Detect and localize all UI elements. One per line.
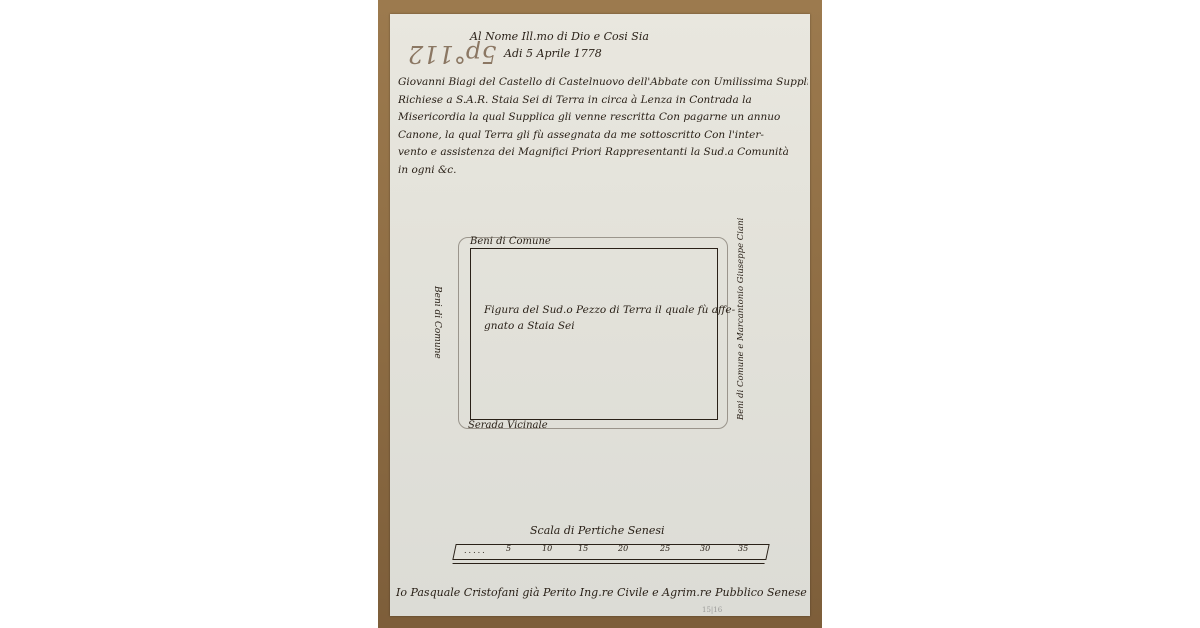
plot-description: Figura del Sud.o Pezzo di Terra il quale… <box>484 302 735 334</box>
plot-description-line: Figura del Sud.o Pezzo di Terra il quale… <box>484 302 735 318</box>
land-plot-rectangle <box>470 248 718 420</box>
pencil-folio-note: 15|16 <box>702 606 722 614</box>
map-label-west: Beni di Comune <box>432 286 442 359</box>
scale-tick: 5 <box>506 544 511 553</box>
paragraph-line: vento e assistenza dei Magnifici Priori … <box>398 144 808 162</box>
document-page: 5p°112 Al Nome Ill.mo di Dio e Cosi Sia … <box>390 14 810 616</box>
invocation-header: Al Nome Ill.mo di Dio e Cosi Sia <box>470 30 649 43</box>
paragraph-line: in ogni &c. <box>398 162 808 180</box>
date-header: Adi 5 Aprile 1778 <box>504 47 602 60</box>
scale-tick: 35 <box>738 544 748 553</box>
scale-tick: 25 <box>660 544 670 553</box>
scale-tick: 20 <box>618 544 628 553</box>
map-label-east: Beni di Comune e Marcantonio Giuseppe Ci… <box>736 218 746 420</box>
paragraph-line: Canone, la qual Terra gli fù assegnata d… <box>398 127 808 145</box>
archive-stamp: 5p°112 <box>408 40 496 68</box>
scale-tick: 15 <box>578 544 588 553</box>
plot-description-line: gnato a Staia Sei <box>484 318 735 334</box>
scale-bar <box>452 544 769 560</box>
scale-title: Scala di Pertiche Senesi <box>530 524 665 537</box>
surveyor-signature: Io Pasquale Cristofani già Perito Ing.re… <box>396 586 807 599</box>
scale-tick: 10 <box>542 544 552 553</box>
map-label-north: Beni di Comune <box>470 236 551 247</box>
map-label-south: Serada Vicinale <box>468 420 548 431</box>
paragraph-line: Giovanni Biagi del Castello di Castelnuo… <box>398 74 808 92</box>
body-paragraph: Giovanni Biagi del Castello di Castelnuo… <box>398 74 808 179</box>
scale-dots: ..... <box>464 546 487 555</box>
paragraph-line: Richiese a S.A.R. Staia Sei di Terra in … <box>398 92 808 110</box>
paragraph-line: Misericordia la qual Supplica gli venne … <box>398 109 808 127</box>
scale-tick: 30 <box>700 544 710 553</box>
